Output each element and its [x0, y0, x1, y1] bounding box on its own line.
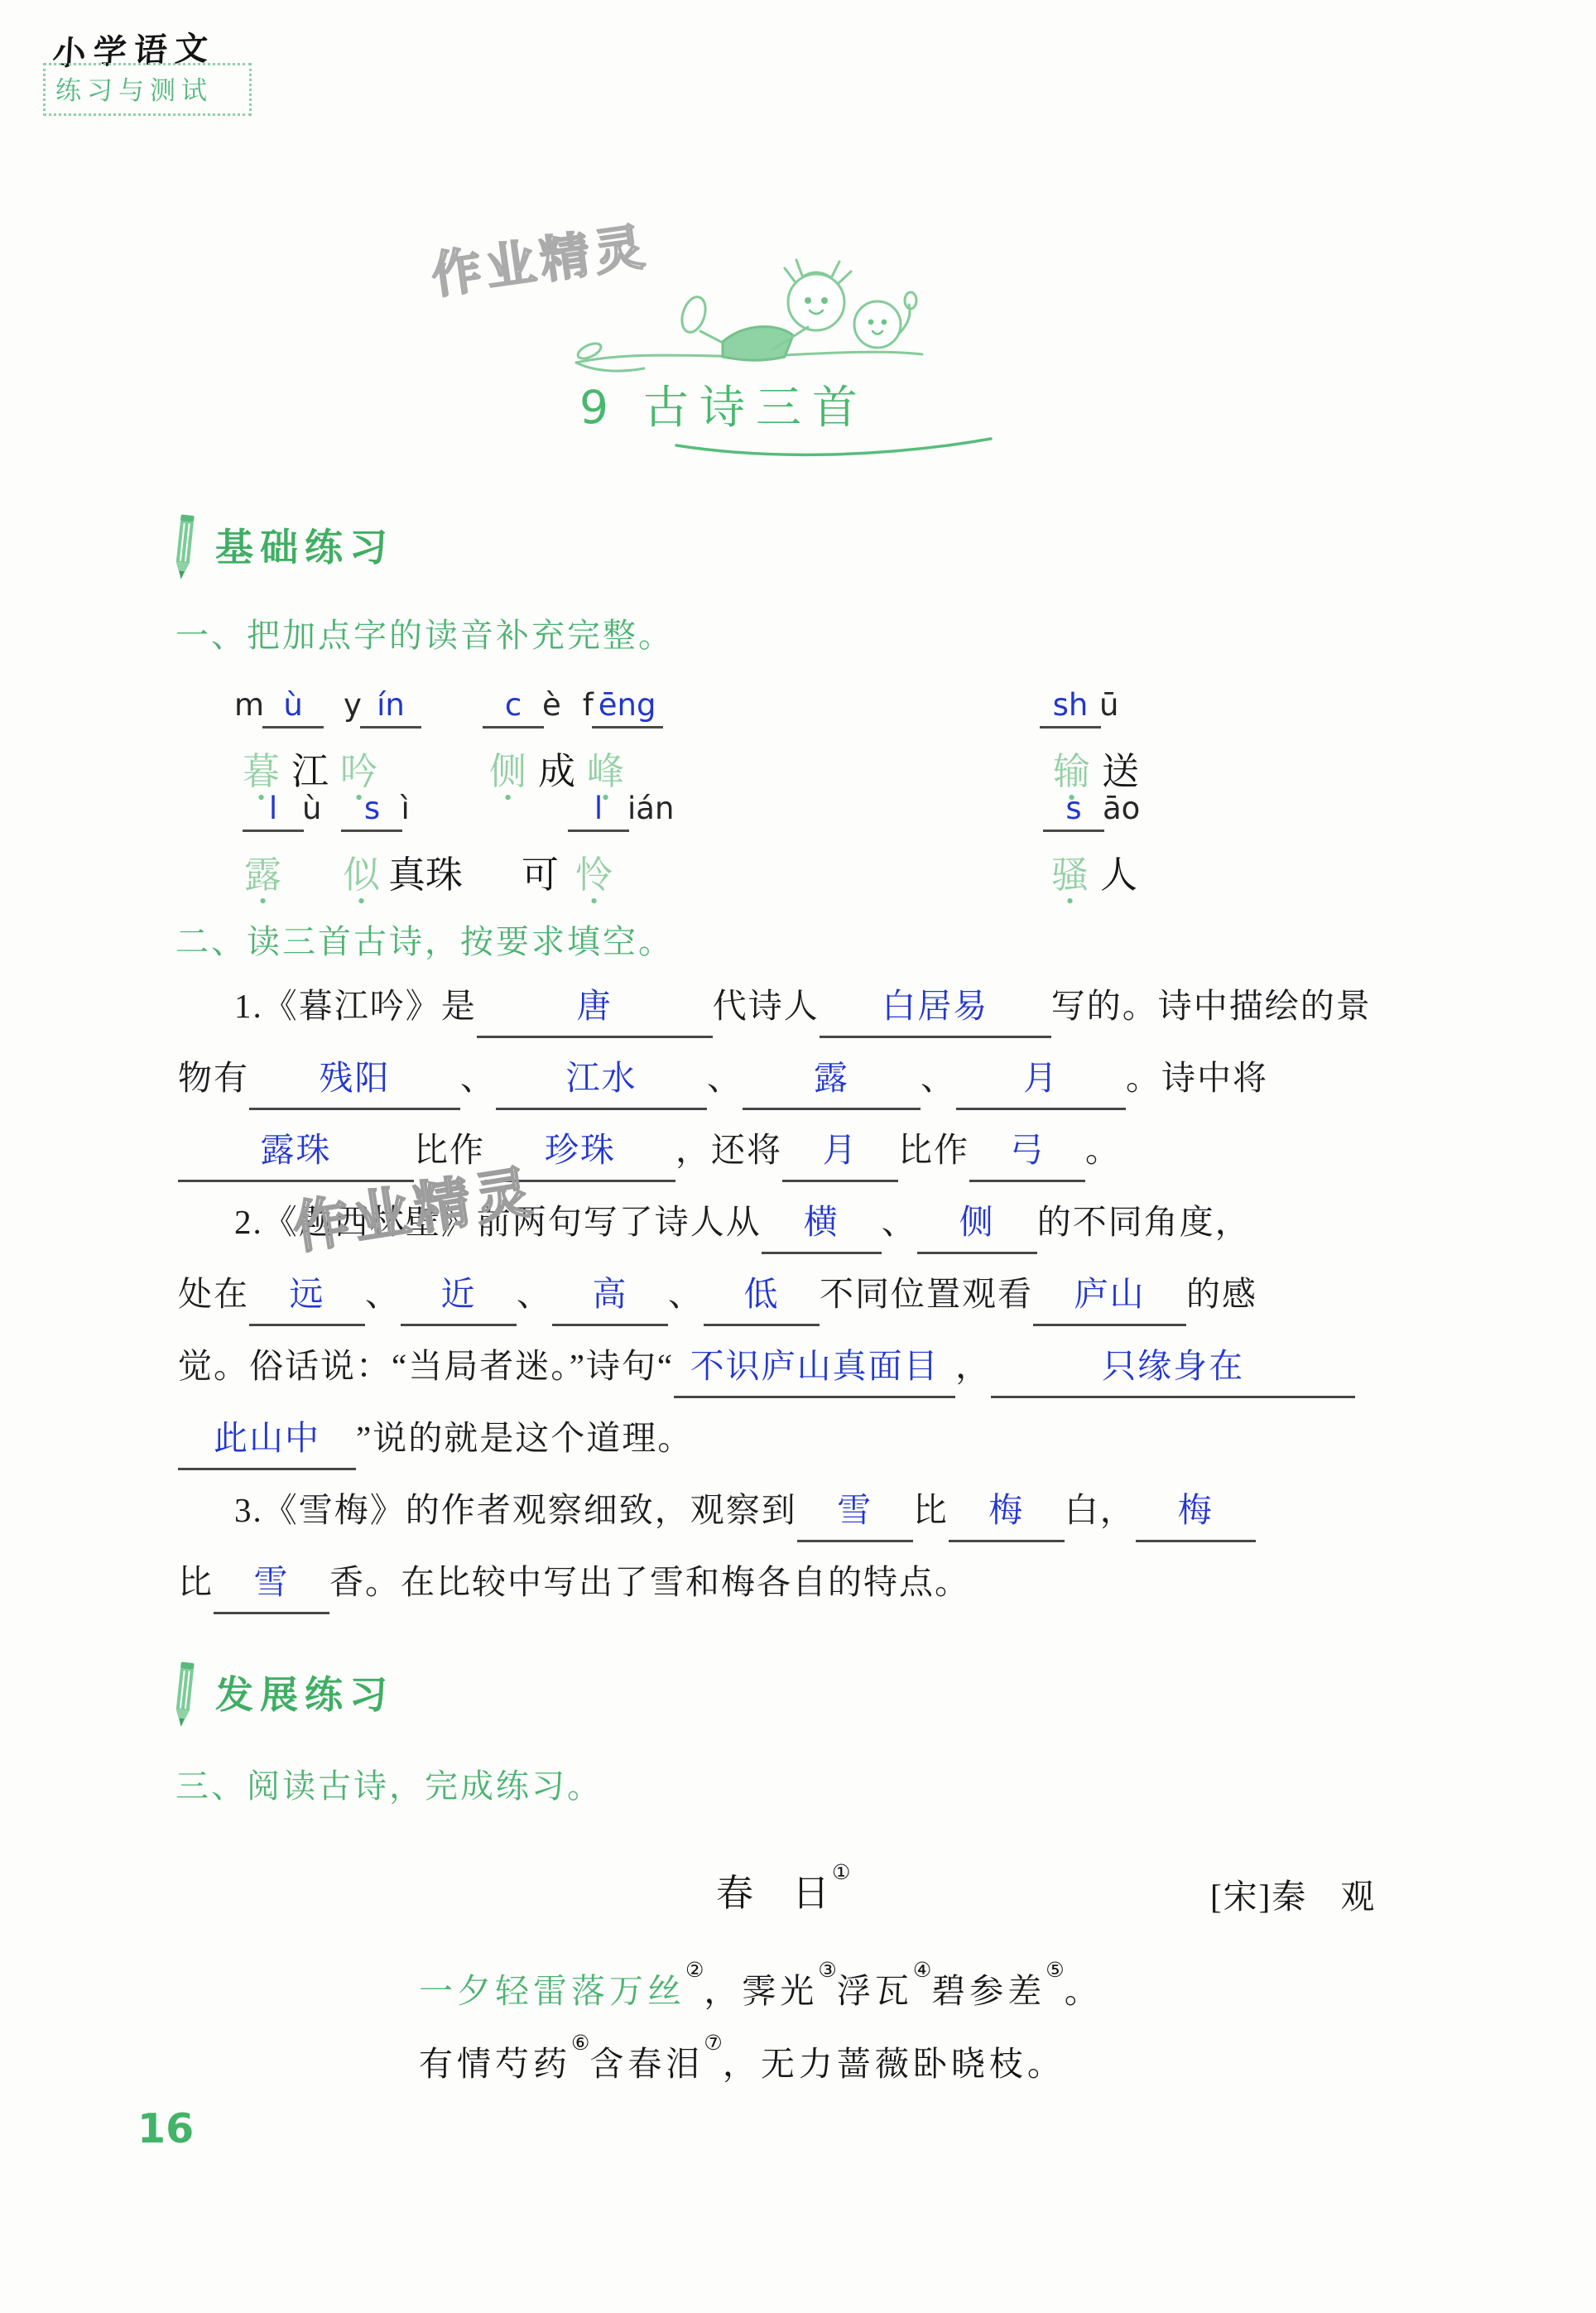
pinyin-print: è	[542, 687, 561, 723]
dotted-character: 峰	[587, 750, 624, 793]
answer-blank[interactable]: 江水	[496, 1054, 707, 1102]
answer-blank[interactable]: 雪	[214, 1558, 329, 1606]
answer-blank[interactable]: 此山中	[178, 1414, 356, 1462]
pinyin-answer-blank[interactable]: c	[484, 687, 542, 723]
answer-blank[interactable]: 高	[552, 1270, 668, 1318]
section-advanced-header: 发展练习	[171, 1654, 394, 1730]
poem-title-char: 日	[792, 1873, 832, 1914]
poem-text: 浮瓦	[837, 1972, 913, 2010]
pinyin-group: shū 输 送	[1041, 687, 1151, 793]
answer-blank[interactable]: 白居易	[820, 982, 1051, 1030]
logo-subtitle-box: 练习与测试	[43, 63, 252, 116]
chapter-name: 古诗三首	[643, 381, 868, 434]
pinyin-print: ì	[401, 791, 409, 826]
pencil-icon	[171, 1654, 199, 1730]
pinyin-answer-blank[interactable]: s	[343, 791, 401, 826]
logo-subtitle: 练习与测试	[43, 63, 252, 116]
pinyin-answer-blank[interactable]: ín	[362, 687, 420, 723]
print-text: 白，	[1065, 1491, 1136, 1529]
workbook-page: 小学语文 练习与测试 作业精灵	[0, 0, 1596, 2313]
section-advanced-label: 发展练习	[215, 1665, 394, 1719]
print-text: 不同位置观看	[820, 1275, 1033, 1313]
poem-text: ，霁光	[704, 1972, 818, 2010]
poem-text: 。	[1065, 1972, 1103, 2010]
print-text: 、	[460, 1059, 496, 1097]
chapter-title: 9古诗三首	[579, 371, 868, 436]
print-text: 、	[365, 1275, 401, 1313]
character: 送	[1102, 750, 1139, 793]
answer-blank[interactable]: 只缘身在	[991, 1342, 1355, 1390]
print-text: 物有	[178, 1059, 249, 1097]
answer-blank[interactable]: 梅	[949, 1486, 1065, 1534]
print-text: ”说的就是这个道理。	[356, 1419, 693, 1457]
poem-author: [宋]秦观	[1210, 1869, 1376, 1918]
print-text: ，	[955, 1347, 991, 1385]
print-text: 比	[913, 1491, 949, 1529]
character: 人	[1100, 854, 1137, 897]
fill-blank-line: 3.《雪梅》的作者观察细致，观察到雪比梅白，梅	[234, 1486, 1256, 1534]
answer-blank[interactable]: 露	[743, 1054, 921, 1102]
print-text: 。诗中将	[1126, 1059, 1268, 1097]
answer-blank[interactable]: 弓	[969, 1126, 1085, 1174]
answer-blank[interactable]: 梅	[1136, 1486, 1256, 1534]
pinyin-group: lùsì 露 似 真珠	[244, 791, 474, 897]
answer-blank[interactable]: 侧	[917, 1198, 1037, 1246]
pinyin-print: f	[583, 687, 594, 723]
fill-blank-line: 1.《暮江吟》是唐代诗人白居易写的。诗中描绘的景	[234, 982, 1372, 1030]
poem-note-ref: ⑦	[704, 2032, 722, 2055]
poem-text: 有情芍药	[419, 2045, 571, 2083]
title-underline-swoosh	[672, 434, 995, 462]
poem-note-ref: ⑥	[571, 2032, 589, 2055]
fill-blank-line: 比雪香。在比较中写出了雪和梅各自的特点。	[178, 1558, 970, 1606]
answer-blank[interactable]: 唐	[477, 982, 713, 1030]
pinyin-print: ián	[627, 791, 674, 826]
print-text: 写的。诗中描绘的景	[1051, 987, 1372, 1025]
pinyin-group: mùyín 暮 江 吟	[234, 687, 420, 793]
dotted-character: 暮	[243, 750, 280, 793]
chapter-number: 9	[579, 381, 608, 434]
answer-blank[interactable]: 低	[704, 1270, 820, 1318]
dotted-character: 侧	[489, 750, 526, 793]
pinyin-print: m	[234, 687, 264, 723]
print-text: 、	[921, 1059, 956, 1097]
pinyin-group: sāo 骚 人	[1045, 791, 1149, 897]
print-text: 比作	[898, 1131, 969, 1169]
poem-note-ref: ③	[818, 1960, 836, 1982]
answer-blank[interactable]: 不识庐山真面目	[674, 1342, 955, 1390]
dotted-character: 吟	[340, 750, 377, 793]
print-text: 、	[517, 1275, 552, 1313]
poem-text: 含春泪	[589, 2045, 704, 2083]
print-text: 、	[668, 1275, 704, 1313]
page-number: 16	[137, 2105, 194, 2152]
pinyin-group: lián 可 怜	[522, 791, 674, 897]
pinyin-answer-blank[interactable]: l	[244, 791, 302, 826]
answer-blank[interactable]: 庐山	[1033, 1270, 1186, 1318]
answer-blank[interactable]: 残阳	[249, 1054, 460, 1102]
pinyin-print: y	[344, 687, 362, 723]
exercise2-instruction: 二、读三首古诗，按要求填空。	[175, 916, 674, 963]
poem-note-ref: ⑤	[1046, 1960, 1064, 1982]
character: 可	[522, 854, 559, 897]
print-text: 。	[1085, 1131, 1121, 1169]
print-text: 香。在比较中写出了雪和梅各自的特点。	[329, 1563, 970, 1601]
exercise1-instruction: 一、把加点字的读音补充完整。	[175, 609, 674, 656]
print-text: ，还将	[675, 1131, 782, 1169]
poem-text: ，无力蔷薇卧晓枝。	[723, 2045, 1065, 2083]
poem-note-ref: ②	[685, 1960, 704, 1982]
fill-blank-line: 处在远、近、高、低不同位置观看庐山的感	[178, 1270, 1257, 1318]
poem-title: 春日①	[716, 1863, 850, 1916]
fill-blank-line: 觉。俗话说：“当局者迷。”诗句“不识庐山真面目，只缘身在	[178, 1342, 1355, 1390]
poem-note-ref: ①	[832, 1862, 850, 1884]
fill-blank-line: 露珠比作珍珠，还将月比作弓。	[178, 1126, 1121, 1174]
character: 江	[291, 750, 329, 793]
poem-highlighted-verse: 一夕轻雷落万丝	[419, 1972, 685, 2010]
pinyin-print: āo	[1103, 791, 1140, 826]
print-text: 觉。俗话说：“当局者迷。”诗句“	[178, 1347, 674, 1385]
answer-blank[interactable]: 近	[401, 1270, 517, 1318]
pinyin-answer-blank[interactable]: ēng	[594, 687, 661, 723]
section-basic-label: 基础练习	[215, 517, 394, 572]
answer-blank[interactable]: 月	[782, 1126, 898, 1174]
print-text: 、	[882, 1203, 917, 1241]
pinyin-answer-blank[interactable]: sh	[1041, 687, 1099, 723]
pinyin-print: ù	[302, 791, 321, 826]
answer-blank[interactable]: 露珠	[178, 1126, 414, 1174]
pinyin-answer-blank[interactable]: s	[1045, 791, 1103, 826]
dotted-character: 骚	[1051, 854, 1089, 897]
print-text: 、	[707, 1059, 743, 1097]
poem-author-name: 观	[1340, 1878, 1376, 1916]
exercise3-instruction: 三、阅读古诗，完成练习。	[175, 1760, 603, 1807]
dotted-character: 似	[343, 854, 380, 897]
pinyin-group: cèfēng 侧 成 峰	[484, 687, 661, 793]
poem-text: 碧参差	[931, 1972, 1046, 2010]
print-text: 的感	[1186, 1275, 1257, 1313]
fill-blank-line: 物有残阳、江水、露、月。诗中将	[178, 1054, 1268, 1102]
print-text: 处在	[178, 1275, 249, 1313]
answer-blank[interactable]: 横	[762, 1198, 882, 1246]
dotted-character: 怜	[575, 854, 613, 897]
print-text: 比	[178, 1563, 214, 1601]
poem-note-ref: ④	[913, 1960, 931, 1982]
character: 成	[538, 750, 575, 793]
pencil-icon	[171, 507, 199, 583]
print-text: 3.《雪梅》的作者观察细致，观察到	[234, 1491, 797, 1529]
pinyin-answer-blank[interactable]: ù	[264, 687, 322, 723]
poem-author-dynasty: [宋]秦	[1210, 1878, 1307, 1916]
pinyin-print: ū	[1099, 687, 1118, 723]
characters: 真珠	[388, 854, 463, 897]
fill-blank-line: 此山中”说的就是这个道理。	[178, 1414, 693, 1462]
answer-blank[interactable]: 远	[249, 1270, 365, 1318]
section-basic-header: 基础练习	[171, 507, 394, 583]
answer-blank[interactable]: 月	[956, 1054, 1126, 1102]
print-text: 的不同角度，	[1037, 1203, 1251, 1241]
print-text: 代诗人	[713, 987, 820, 1025]
print-text: 1.《暮江吟》是	[234, 987, 477, 1025]
poem-line: 有情芍药⑥含春泪⑦，无力蔷薇卧晓枝。	[419, 2036, 1065, 2085]
answer-blank[interactable]: 雪	[797, 1486, 913, 1534]
poem-title-char: 春	[716, 1873, 756, 1914]
poem-line: 一夕轻雷落万丝②，霁光③浮瓦④碧参差⑤。	[419, 1964, 1103, 2012]
pinyin-answer-blank[interactable]: l	[570, 791, 627, 826]
dotted-character: 输	[1053, 750, 1090, 793]
dotted-character: 露	[244, 854, 281, 897]
